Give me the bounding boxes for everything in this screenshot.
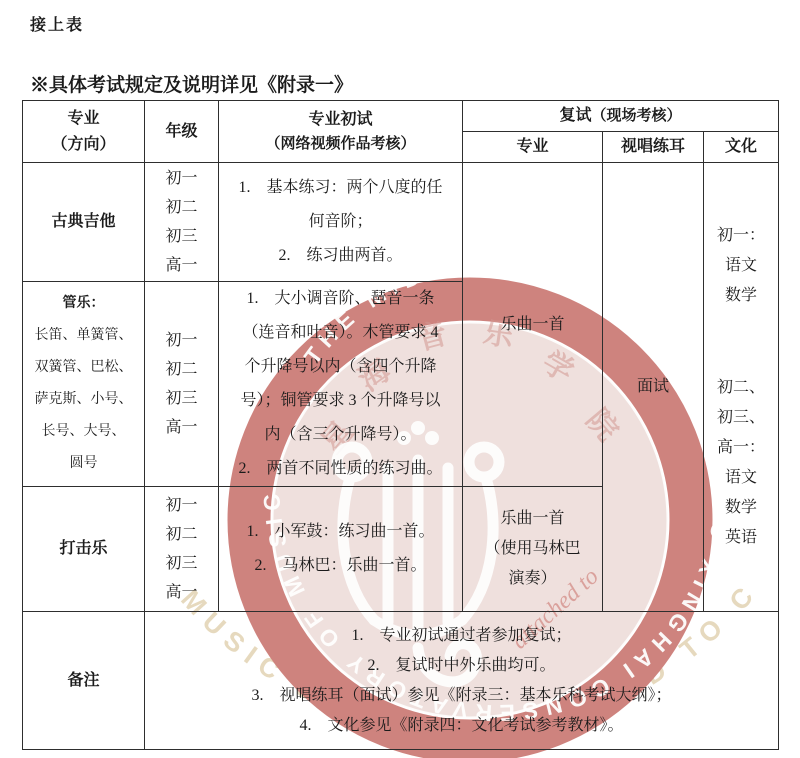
culture-line: 初二、 xyxy=(704,373,778,403)
cell-retest-major-r3: 乐曲一首 （使用马林巴 演奏） xyxy=(463,487,603,612)
header-retest: 复试（现场考核） xyxy=(463,101,779,132)
prelim-line: 号）；铜管要求 3 个升降号以 xyxy=(219,384,462,418)
grade-line: 初三 xyxy=(145,384,218,413)
winds-instrument-line: 萨克斯、小号、 xyxy=(23,384,144,416)
winds-instrument-line: 圆号 xyxy=(23,448,144,480)
header-retest-solfege: 视唱练耳 xyxy=(603,132,704,163)
culture-line: 语文 xyxy=(704,251,778,281)
grade-line: 初一 xyxy=(145,491,218,520)
grade-line: 高一 xyxy=(145,413,218,442)
prelim-line: 何音阶； xyxy=(219,205,462,239)
cell-prelim-guitar: 1. 基本练习：两个八度的任 何音阶； 2. 练习曲两首。 xyxy=(219,163,463,282)
cell-retest-solfege: 面试 xyxy=(603,163,704,612)
remark-item: 2. 复试时中外乐曲均可。 xyxy=(145,651,778,681)
header-prelim: 专业初试 （网络视频作品考核） xyxy=(219,101,463,163)
cell-grades-winds: 初一 初二 初三 高一 xyxy=(145,282,219,487)
prelim-line: 2. 两首不同性质的练习曲。 xyxy=(219,452,462,486)
header-grade: 年级 xyxy=(145,101,219,163)
grade-line: 初三 xyxy=(145,222,218,251)
header-major-line1: 专业 xyxy=(23,106,144,132)
section-title: ※具体考试规定及说明详见《附录一》 xyxy=(30,70,353,97)
cell-grades-guitar: 初一 初二 初三 高一 xyxy=(145,163,219,282)
cell-remarks-content: 1. 专业初试通过者参加复试； 2. 复试时中外乐曲均可。 3. 视唱练耳（面试… xyxy=(145,612,779,750)
cell-prelim-percussion: 1. 小军鼓：练习曲一首。 2. 马林巴：乐曲一首。 xyxy=(219,487,463,612)
cell-retest-major-r12: 乐曲一首 xyxy=(463,163,603,487)
header-prelim-line1: 专业初试 xyxy=(219,107,462,133)
remark-item: 3. 视唱练耳（面试）参见《附录三：基本乐科考试大纲》； xyxy=(145,681,778,711)
prelim-line: 2. 马林巴：乐曲一首。 xyxy=(219,549,462,583)
exam-requirements-table: 专业 （方向） 年级 专业初试 （网络视频作品考核） 复试（现场考核） 专业 视… xyxy=(22,100,779,750)
prelim-line: 内（含三个升降号）。 xyxy=(219,418,462,452)
continuation-note: 接上表 xyxy=(30,12,84,35)
winds-instrument-line: 长笛、单簧管、 xyxy=(23,320,144,352)
grade-line: 初一 xyxy=(145,164,218,193)
culture-line: 英语 xyxy=(704,523,778,553)
culture-line: 数学 xyxy=(704,281,778,311)
header-retest-label: 复试 xyxy=(560,107,592,124)
cell-retest-culture: 初一： 语文 数学 初二、 初三、 高一： 语文 数学 英语 xyxy=(704,163,779,612)
prelim-line: 1. 小军鼓：练习曲一首。 xyxy=(219,515,462,549)
header-retest-culture: 文化 xyxy=(704,132,779,163)
culture-line: 初三、 xyxy=(704,403,778,433)
culture-gap xyxy=(704,311,778,373)
winds-instrument-line: 双簧管、巴松、 xyxy=(23,352,144,384)
prelim-line: 1. 大小调音阶、琶音一条 xyxy=(219,282,462,316)
grade-line: 初二 xyxy=(145,193,218,222)
header-retest-major: 专业 xyxy=(463,132,603,163)
grade-line: 高一 xyxy=(145,251,218,280)
prelim-line: （连音和吐音）。木管要求 4 xyxy=(219,316,462,350)
culture-line: 初一： xyxy=(704,221,778,251)
retest-line: （使用马林巴 xyxy=(463,534,602,564)
winds-label: 管乐： xyxy=(23,288,144,320)
grade-line: 初一 xyxy=(145,326,218,355)
culture-line: 高一： xyxy=(704,433,778,463)
grade-line: 初二 xyxy=(145,355,218,384)
cell-prelim-winds: 1. 大小调音阶、琶音一条 （连音和吐音）。木管要求 4 个升降号以内（含四个升… xyxy=(219,282,463,487)
cell-major-winds: 管乐： 长笛、单簧管、 双簧管、巴松、 萨克斯、小号、 长号、大号、 圆号 xyxy=(23,282,145,487)
header-major-line2: （方向） xyxy=(23,132,144,158)
winds-instrument-line: 长号、大号、 xyxy=(23,416,144,448)
retest-line: 乐曲一首 xyxy=(463,504,602,534)
retest-line: 演奏） xyxy=(463,564,602,594)
prelim-line: 1. 基本练习：两个八度的任 xyxy=(219,171,462,205)
remark-item: 1. 专业初试通过者参加复试； xyxy=(145,621,778,651)
grade-line: 高一 xyxy=(145,578,218,607)
cell-major-percussion: 打击乐 xyxy=(23,487,145,612)
cell-remarks-label: 备注 xyxy=(23,612,145,750)
header-retest-note: （现场考核） xyxy=(592,108,682,124)
culture-line: 数学 xyxy=(704,493,778,523)
header-major: 专业 （方向） xyxy=(23,101,145,163)
prelim-line: 个升降号以内（含四个升降 xyxy=(219,350,462,384)
prelim-line: 2. 练习曲两首。 xyxy=(219,239,462,273)
document-page: 接上表 ※具体考试规定及说明详见《附录一》 专业 （方向） 年级 专业初试 （网… xyxy=(0,0,800,758)
cell-major-guitar: 古典吉他 xyxy=(23,163,145,282)
grade-line: 初二 xyxy=(145,520,218,549)
remark-item: 4. 文化参见《附录四：文化考试参考教材》。 xyxy=(145,711,778,741)
culture-line: 语文 xyxy=(704,463,778,493)
header-prelim-line2: （网络视频作品考核） xyxy=(219,132,462,156)
grade-line: 初三 xyxy=(145,549,218,578)
cell-grades-percussion: 初一 初二 初三 高一 xyxy=(145,487,219,612)
